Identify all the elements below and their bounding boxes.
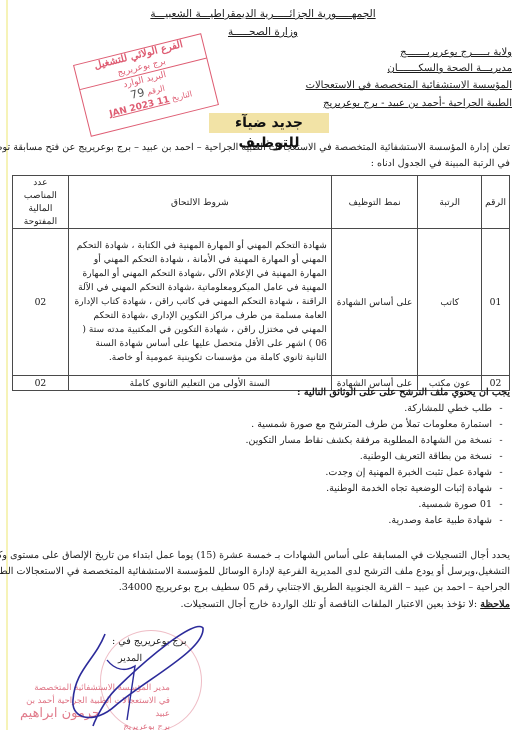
intro-line2: في الرتبة المبينة في الجدول ادناه : [371,156,510,172]
list-item: -نسخة من الشهادة المطلوبة مرفقة بكشف نقا… [245,433,510,449]
directorate-label: مديريـــة الصحة والسكـــــــان [387,63,512,74]
header-number: الرقم [482,176,510,229]
note-text: :لا تؤخذ بعين الاعتبار الملفات الناقصة أ… [181,599,481,610]
deadline-line1: يحدد أجال التسجيلات في المسابقة على أساس… [0,548,510,564]
row1-number: 01 [482,229,510,376]
page-edge-line [6,0,8,730]
row1-conditions: شهادة التحكم المهني أو المهارة المهنية ف… [68,229,331,376]
table-header-row: الرقم الرتبة نمط التوظيف شروط الالتحاق ع… [13,176,510,229]
deadline-line2: التشغيل،ويرسل أو يودع ملف الترشح لدى الم… [0,564,510,580]
documents-list: يجب ان يحتوي ملف الترشح على على الوثائق … [245,385,510,529]
note-label: ملاحظة [480,599,510,610]
stamp-date-label: التاريخ [171,89,193,103]
page-title: جديد ضيآء للتوظيف [209,113,329,133]
institution-line2: الطبية الجراحية -أحمد بن عبيد - برج بوعر… [323,98,512,109]
documents-heading: يجب ان يحتوي ملف الترشح على على الوثائق … [245,385,510,401]
header-positions: عدد المناصب المالية المفتوحة [13,176,69,229]
list-item: -شهادة عمل تثبت الخبرة المهنية إن وجدت. [245,465,510,481]
list-item: -01 صورة شمسية. [245,497,510,513]
row1-positions: 02 [13,229,69,376]
list-item: -شهادة طبية عامة وصدرية. [245,513,510,529]
header-conditions: شروط الالتحاق [68,176,331,229]
ministry-header: وزارة الصحـــــة [0,26,526,38]
list-item: -شهادة إثبات الوضعية تجاه الخدمة الوطنية… [245,481,510,497]
incoming-mail-stamp: الفرع الولائي للتشغيل برج بوعريريج البري… [73,33,219,137]
note: ملاحظة :لا تؤخذ بعين الاعتبار الملفات ال… [181,597,510,613]
signature-icon [55,620,215,730]
row1-rank: كاتب [418,229,482,376]
intro-line1: تعلن إدارة المؤسسة الاستشفائية المتخصصة … [10,140,510,156]
table-row: 01 كاتب على أساس الشهادة شهادة التحكم ال… [13,229,510,376]
republic-header: الجمهـــــورية الجزائـــــرية الديمقراطي… [0,8,526,20]
list-item: -استمارة معلومات تملأ من طرف المترشح مع … [245,417,510,433]
institution-line1: المؤسسة الاستشفائية المتخصصة في الاستعجا… [306,80,512,91]
list-item: -نسخة من بطاقة التعريف الوطنية. [245,449,510,465]
header-rank: الرتبة [418,176,482,229]
header-mode: نمط التوظيف [331,176,418,229]
wilaya-label: ولاية بـــــرج بوعريريـــــــج [400,47,512,58]
row1-mode: على أساس الشهادة [331,229,418,376]
list-item: -طلب خطي للمشاركة. [245,401,510,417]
deadline-line3: الجراحية – احمد بن عبيد – القرية الجنوبي… [119,580,510,596]
positions-table: الرقم الرتبة نمط التوظيف شروط الالتحاق ع… [12,175,510,391]
row2-positions: 02 [13,376,69,391]
